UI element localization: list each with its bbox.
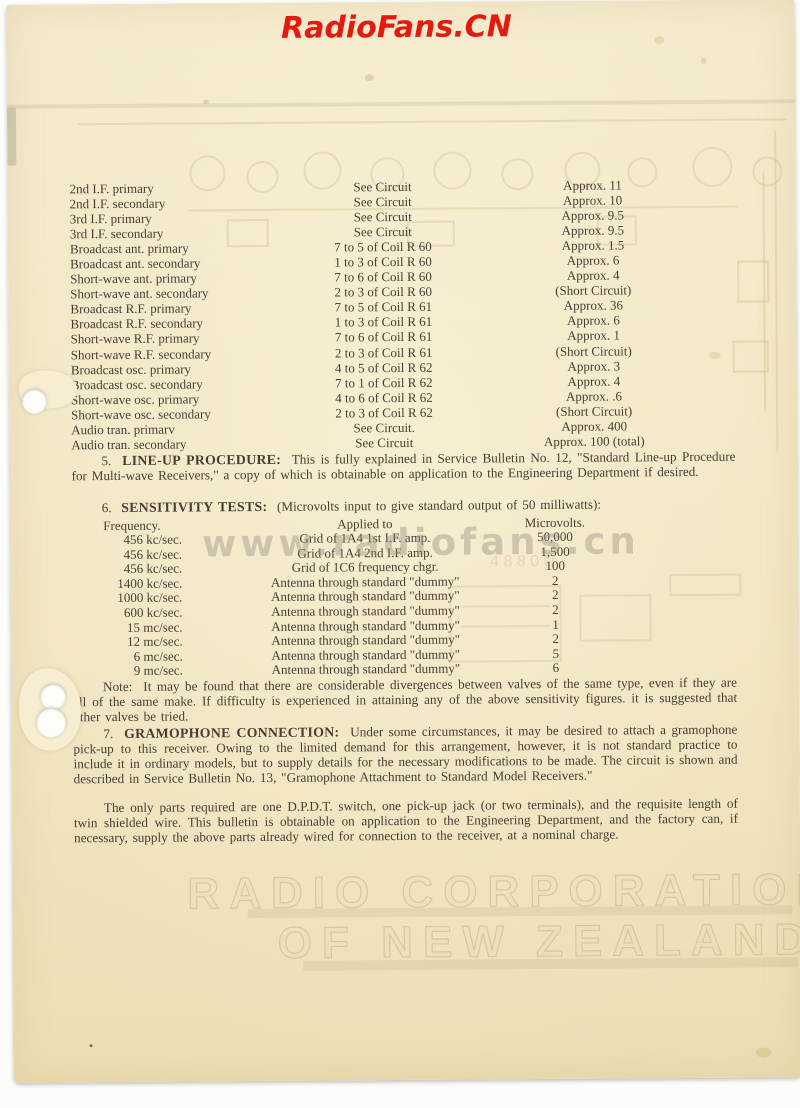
section-number: 7. [103,726,113,741]
section-sensitivity-tests: 6. SENSITIVITY TESTS: (Microvolts input … [72,497,736,517]
cell-microvolts: 2 [476,632,636,648]
cell-resistance: Approx. 6 [478,252,708,269]
cell-resistance: Approx. 400 [479,418,709,435]
note-paragraph: Note: It may be found that there are con… [73,676,737,725]
section-title: LINE-UP PROCEDURE: [122,452,281,468]
ghost-backprint-line1: RADIO CORPORATION [187,865,797,919]
ghost-backprint-line2: OF NEW ZEALAND LTD [278,915,798,969]
parts-paragraph: The only parts required are one D.P.D.T.… [74,797,738,846]
section-title: SENSITIVITY TESTS: [121,499,267,515]
scanner-streak [7,99,795,109]
section-title: GRAMOPHONE CONNECTION: [124,724,339,741]
cell-resistance: (Short Circuit) [479,403,709,420]
cell-terminals: 7 to 6 of Coil R 61 [259,329,509,346]
cell-terminals: 7 to 5 of Coil R 61 [258,299,508,316]
cell-terminals: 7 to 1 of Coil R 62 [259,374,509,391]
punch-hole [36,707,66,737]
cell-terminals: 2 to 3 of Coil R 61 [259,344,509,361]
cell-terminals: 1 to 3 of Coil R 60 [258,254,508,271]
cell-microvolts: 6 [476,661,636,677]
speck [90,1044,93,1047]
stain [654,36,664,44]
cell-resistance: (Short Circuit) [478,282,708,299]
stain [756,1047,772,1057]
cell-terminals: 2 to 3 of Coil R 62 [259,404,509,421]
cell-resistance: (Short Circuit) [479,342,709,359]
section-lineup-procedure: 5. LINE-UP PROCEDURE: This is fully expl… [71,450,735,484]
cell-resistance: Approx. 3 [479,357,709,374]
scanned-document-page: 4 8 8 0 U RadioFans.CN 2nd I.F. primary … [6,0,800,1083]
stain [365,74,374,81]
cell-frequency: 600 kc/sec. [60,606,182,621]
cell-terminals: See Circuit [258,208,508,225]
cell-terminals: 7 to 5 of Coil R 60 [258,238,508,255]
section-gramophone-connection: 7. GRAMOPHONE CONNECTION: Under some cir… [73,723,737,787]
cell-microvolts: 2 [475,602,635,618]
cell-terminals: 1 to 3 of Coil R 61 [258,314,508,331]
note-label: Note: [103,679,132,694]
cell-terminals: See Circuit [258,223,508,240]
center-watermark: www.radiofans.cn [202,519,640,565]
cell-resistance: Approx. 4 [478,267,708,284]
cell-terminals: 2 to 3 of Coil R 60 [258,284,508,301]
cell-resistance: Approx. 10 [478,192,708,209]
cell-terminals: See Circuit [258,193,508,210]
note-body: It may be found that there are considera… [73,675,737,724]
punch-hole [40,683,66,709]
cell-resistance: Approx. 100 (total) [479,433,709,450]
cell-resistance: Approx. 6 [478,312,708,329]
cell-resistance: Approx. 11 [477,177,707,194]
resistance-table: 2nd I.F. primary See Circuit Approx. 11 … [7,176,797,452]
cell-resistance: Approx. 1 [479,327,709,344]
cell-terminals: 4 to 5 of Coil R 62 [259,359,509,376]
stain [701,58,707,64]
cell-terminals: See Circuit [257,178,507,195]
scanned-page-background: { "page": { "site_watermark": "RadioFans… [0,0,800,1108]
section-number: 5. [101,453,111,468]
punch-hole [22,388,47,413]
site-watermark: RadioFans.CN [256,9,536,46]
cell-resistance: Approx. .6 [479,388,709,405]
cell-terminals: See Circuit [259,434,509,451]
cell-resistance: Approx. 36 [478,297,708,314]
section-body: (Microvolts input to give standard outpu… [277,497,601,514]
cell-resistance: Approx. 1.5 [478,237,708,254]
cell-terminals: See Circuit. [259,419,509,436]
edge-smudge [7,108,16,166]
cell-frequency: 9 mc/sec. [61,664,183,679]
cell-resistance: Approx. 4 [479,372,709,389]
cell-resistance: Approx. 9.5 [478,207,708,224]
section-number: 6. [102,500,112,515]
cell-resistance: Approx. 9.5 [478,222,708,239]
cell-terminals: 4 to 6 of Coil R 62 [259,389,509,406]
cell-terminals: 7 to 6 of Coil R 60 [258,269,508,286]
paragraph-body: The only parts required are one D.P.D.T.… [74,796,738,845]
